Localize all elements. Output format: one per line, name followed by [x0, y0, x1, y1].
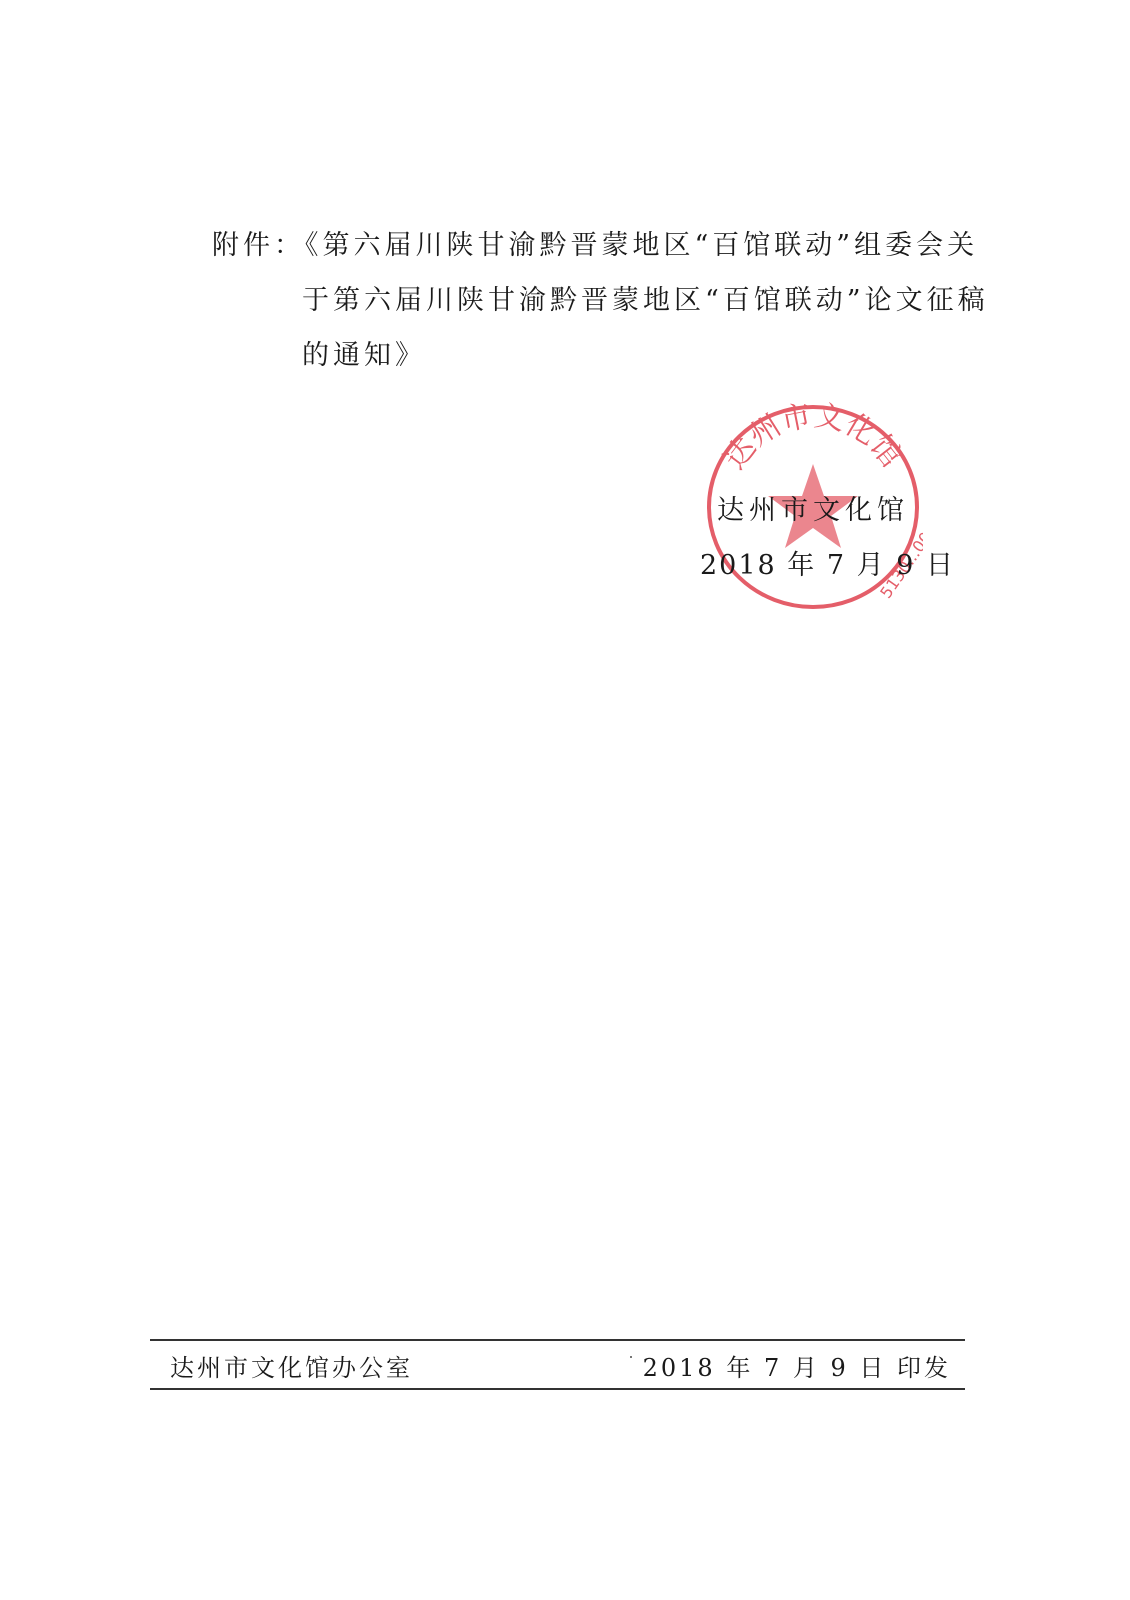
document-page: 附件：《第六届川陕甘渝黔晋蒙地区“百馆联动”组委会关 于第六届川陕甘渝黔晋蒙地区… [0, 0, 1130, 1600]
footer-office: 达州市文化馆办公室 [170, 1348, 413, 1383]
footer-bottom-rule [150, 1388, 965, 1390]
signature-organization: 达州市文化馆 [717, 488, 909, 527]
footer-top-rule [150, 1339, 965, 1341]
attachment-line-1: 附件：《第六届川陕甘渝黔晋蒙地区“百馆联动”组委会关 [212, 230, 978, 261]
attachment-block: 附件：《第六届川陕甘渝黔晋蒙地区“百馆联动”组委会关 于第六届川陕甘渝黔晋蒙地区… [212, 218, 982, 383]
signature-date: 2018 年 7 月 9 日 [700, 543, 955, 582]
attachment-line-3: 的通知》 [212, 328, 982, 383]
footer-printed-date: 2018 年 7 月 9 日 印发 [643, 1348, 951, 1383]
scan-dot [630, 1356, 632, 1358]
footer: 达州市文化馆办公室 2018 年 7 月 9 日 印发 [150, 1348, 965, 1384]
attachment-line-2: 于第六届川陕甘渝黔晋蒙地区“百馆联动”论文征稿 [212, 273, 982, 328]
attachment-label: 附件： [212, 230, 305, 261]
